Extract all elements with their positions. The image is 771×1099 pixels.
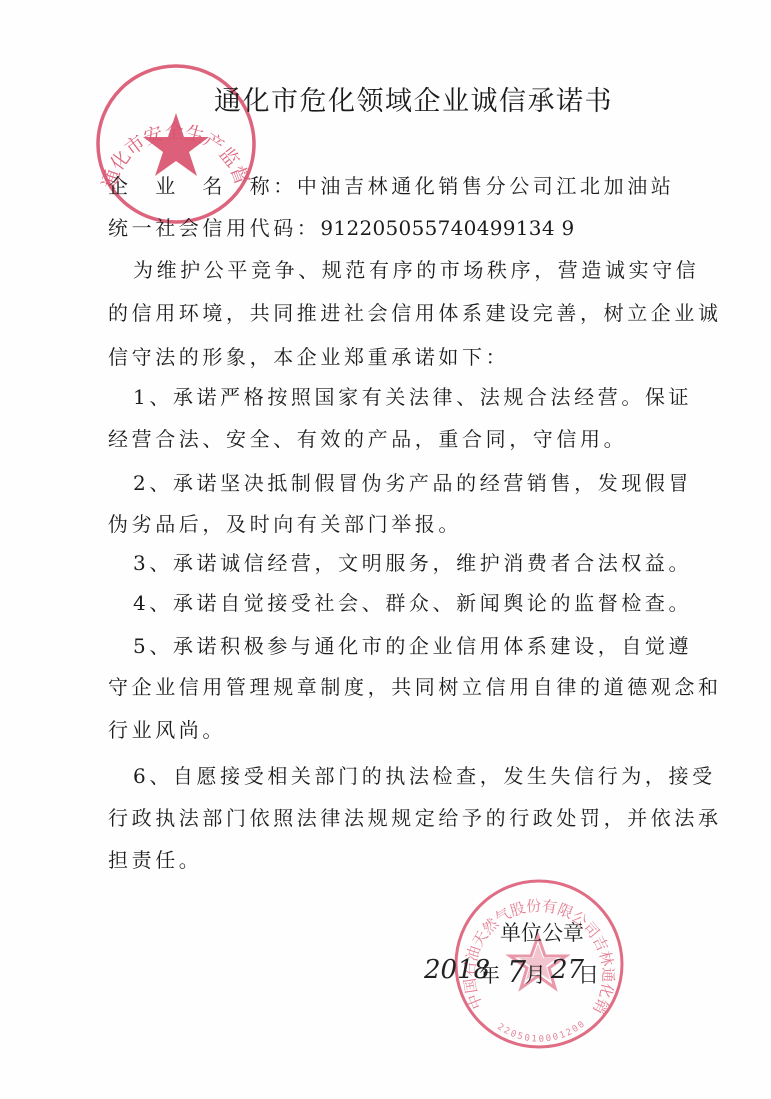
company-name-value: 中油吉林通化销售分公司江北加油站 <box>297 174 675 198</box>
commitment-1-line: 1、承诺严格按照国家有关法律、法规合法经营。保证 <box>133 384 692 410</box>
intro-line: 的信用环境，共同推进社会信用体系建设完善，树立企业诚 <box>108 300 722 326</box>
svg-text:中国石油天然气股份有限公司吉林通化销售分公司: 中国石油天然气股份有限公司吉林通化销售分公司 <box>453 878 617 1017</box>
day-unit: 日 <box>578 959 599 989</box>
intro-line: 为维护公平竞争、规范有序的市场秩序，营造诚实守信 <box>133 257 699 283</box>
svg-text:通化市安全生产监督管理局: 通化市安全生产监督管理局 <box>93 61 253 191</box>
document-title: 通化市危化领域企业诚信承诺书 <box>214 86 613 118</box>
year-unit: 年 <box>479 959 500 989</box>
credit-code-line: 统一社会信用代码：912205055740499134 9 <box>108 215 575 241</box>
credit-code-value: 912205055740499134 9 <box>320 216 574 240</box>
svg-text:2205010001200: 2205010001200 <box>495 1018 588 1044</box>
commitment-5-line: 5、承诺积极参与通化市的企业信用体系建设，自觉遵 <box>133 633 692 659</box>
commitment-6-line: 担责任。 <box>108 847 202 873</box>
commitment-4-line: 4、承诺自觉接受社会、群众、新闻舆论的监督检查。 <box>133 590 692 616</box>
commitment-6-line: 6、自愿接受相关部门的执法检查，发生失信行为，接受 <box>133 763 716 789</box>
handwritten-month: 7 <box>507 955 526 990</box>
star-icon <box>143 113 209 176</box>
commitment-5-line: 行业风尚。 <box>108 717 226 743</box>
month-unit: 月 <box>525 959 546 989</box>
company-name-label: 企 业 名 称： <box>108 174 297 198</box>
credit-code-label: 统一社会信用代码： <box>108 216 320 240</box>
commitment-2-line: 伪劣品后，及时向有关部门举报。 <box>108 511 462 537</box>
company-name-line: 企 业 名 称：中油吉林通化销售分公司江北加油站 <box>108 173 674 199</box>
commitment-6-line: 行政执法部门依照法律法规规定给予的行政处罚，并依法承 <box>108 805 722 831</box>
commitment-3-line: 3、承诺诚信经营，文明服务，维护消费者合法权益。 <box>133 550 692 576</box>
commitment-1-line: 经营合法、安全、有效的产品，重合同，守信用。 <box>108 426 627 452</box>
commitment-2-line: 2、承诺坚决抵制假冒伪劣产品的经营销售，发现假冒 <box>133 470 692 496</box>
document-page: 通化市安全生产监督管理局 通化市危化领域企业诚信承诺书 企 业 名 称：中油吉林… <box>0 0 771 1099</box>
seal-label: 单位公章 <box>500 917 584 947</box>
commitment-5-line: 守企业信用管理规章制度，共同树立信用自律的道德观念和 <box>108 674 722 700</box>
intro-line: 信守法的形象，本企业郑重承诺如下： <box>108 344 509 370</box>
